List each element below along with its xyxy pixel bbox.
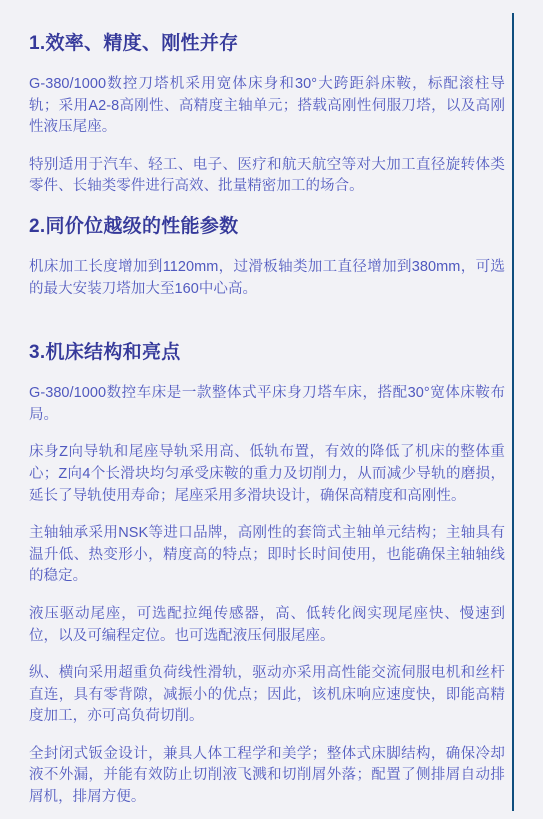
section-heading: 2.同价位越级的性能参数 <box>29 214 505 240</box>
article-section: 1.效率、精度、刚性并存G-380/1000数控刀塔机采用宽体床身和30°大跨距… <box>29 31 505 198</box>
paragraph: 纵、横向采用超重负荷线性滑轨，驱动亦采用高性能交流伺服电机和丝杆直连，具有零背隙… <box>29 663 505 728</box>
paragraph: 特别适用于汽车、轻工、电子、医疗和航天航空等对大加工直径旋转体类零件、长轴类零件… <box>29 155 505 198</box>
paragraph: 液压驱动尾座，可选配拉绳传感器，高、低转化阀实现尾座快、慢速到位，以及可编程定位… <box>29 604 505 647</box>
article-section: 2.同价位越级的性能参数机床加工长度增加到1120mm，过滑板轴类加工直径增加到… <box>29 214 505 300</box>
paragraph: G-380/1000数控刀塔机采用宽体床身和30°大跨距斜床鞍，标配滚柱导轨；采… <box>29 74 505 139</box>
article-content: 1.效率、精度、刚性并存G-380/1000数控刀塔机采用宽体床身和30°大跨距… <box>29 0 505 809</box>
section-heading: 3.机床结构和亮点 <box>29 340 505 366</box>
article-section: 3.机床结构和亮点G-380/1000数控车床是一款整体式平床身刀塔车床，搭配3… <box>29 340 505 809</box>
article-page: 1.效率、精度、刚性并存G-380/1000数控刀塔机采用宽体床身和30°大跨距… <box>0 0 543 819</box>
paragraph: G-380/1000数控车床是一款整体式平床身刀塔车床，搭配30°宽体床鞍布局。 <box>29 383 505 426</box>
paragraph: 全封闭式钣金设计，兼具人体工程学和美学；整体式床脚结构，确保冷却液不外漏，并能有… <box>29 744 505 809</box>
right-accent-line <box>512 13 514 811</box>
paragraph: 床身Z向导轨和尾座导轨采用高、低轨布置，有效的降低了机床的整体重心；Z向4个长滑… <box>29 442 505 507</box>
paragraph: 主轴轴承采用NSK等进口品牌，高刚性的套筒式主轴单元结构；主轴具有温升低、热变形… <box>29 523 505 588</box>
paragraph: 机床加工长度增加到1120mm，过滑板轴类加工直径增加到380mm，可选的最大安… <box>29 257 505 300</box>
section-heading: 1.效率、精度、刚性并存 <box>29 31 505 57</box>
